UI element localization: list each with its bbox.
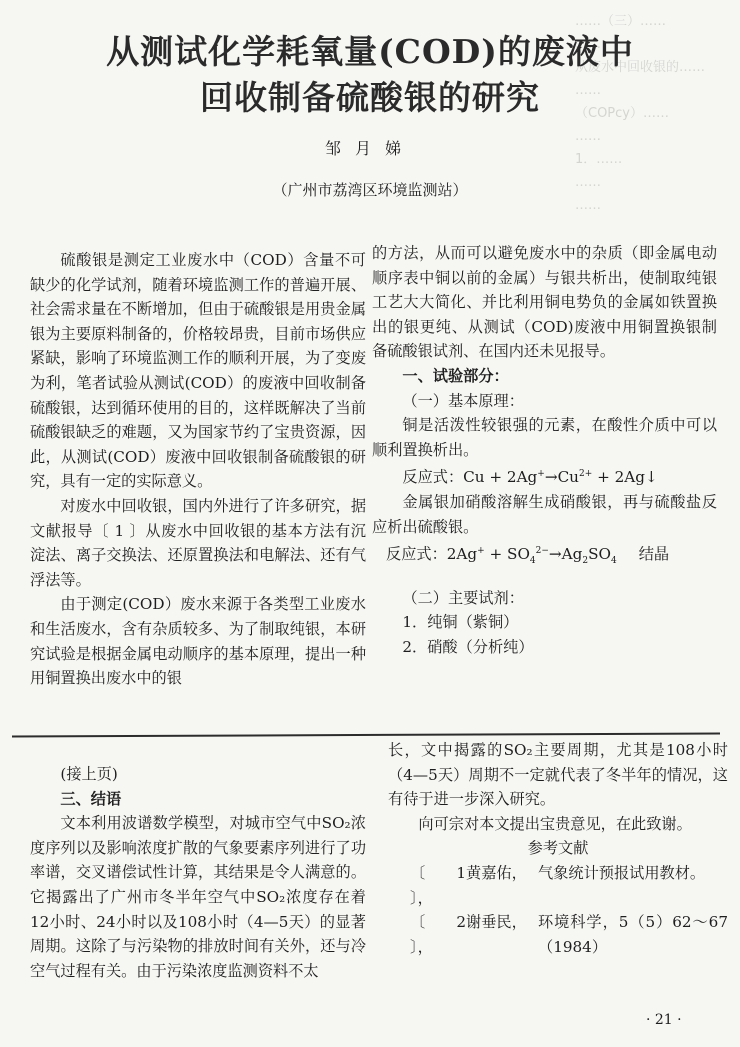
- section-heading-experiment: 一、试验部分：: [372, 364, 717, 389]
- conclusion-paragraph: 文本利用波谱数学模型，对城市空气中SO₂浓度序列以及影响浓度扩散的气象要素序列进…: [30, 811, 366, 983]
- reaction-arrow-icon: →: [545, 468, 558, 486]
- principle-paragraph: 铜是活泼性较银强的元素，在酸性介质中可以顺利置换析出。: [372, 413, 717, 462]
- article-title-line-2: 回收制备硫酸银的研究: [0, 72, 740, 119]
- reference-author: 谢垂民，: [466, 910, 538, 959]
- journal-page: ……（三）…… …… 从废水中回收银的…… …… （COPcy）…… …… 1．…: [0, 0, 740, 1047]
- reference-text: 气象统计预报试用教材。: [538, 861, 728, 910]
- reference-item: 〔 2 〕， 谢垂民， 环境科学，5（5）62～67（1984）: [388, 910, 728, 959]
- equation-term: SO: [588, 545, 611, 563]
- subsection-heading-principle: （一）基本原理：: [372, 389, 717, 414]
- reagent-item: 1．纯铜（紫铜）: [372, 610, 717, 635]
- intro-paragraph: 硫酸银是测定工业废水中（COD）含量不可缺少的化学试剂，随着环境监测工作的普遍开…: [30, 248, 366, 494]
- section-heading-conclusion: 三、结语: [30, 787, 366, 812]
- subscript: 4: [530, 556, 536, 566]
- equation-term: + SO: [485, 545, 530, 563]
- author-affiliation: （广州市荔湾区环境监测站）: [0, 179, 740, 200]
- equation-rhs-tail: + 2Ag↓: [592, 468, 657, 486]
- charge-superscript: 2+: [579, 469, 592, 479]
- equation-label: 反应式：: [386, 545, 447, 563]
- lower-right-column: 长，文中揭露的SO₂主要周期，尤其是108小时（4—5天）周期不一定就代表了冬半…: [388, 738, 728, 959]
- acknowledgement: 向可宗对本文提出宝贵意见，在此致谢。: [388, 812, 728, 837]
- reaction-equation-1: 反应式：Cu + 2Ag+→Cu2+ + 2Ag↓: [372, 462, 717, 490]
- lower-left-column: (接上页) 三、结语 文本利用波谱数学模型，对城市空气中SO₂浓度序列以及影响浓…: [30, 762, 366, 983]
- reference-item: 〔 1 〕， 黄嘉佑， 气象统计预报试用教材。: [388, 861, 728, 910]
- charge-superscript: +: [537, 469, 545, 479]
- methods-review-paragraph: 对废水中回收银，国内外进行了许多研究，据文献报导〔 1 〕从废水中回收银的基本方…: [30, 494, 366, 592]
- equation-term: 2Ag: [447, 545, 477, 563]
- reaction-arrow-icon: →: [549, 545, 562, 563]
- equation-annotation: 结晶: [639, 545, 669, 563]
- reagent-item: 2．硝酸（分析纯）: [372, 635, 717, 660]
- subscript: 4: [611, 556, 617, 566]
- upper-left-column: 硫酸银是测定工业废水中（COD）含量不可缺少的化学试剂，随着环境监测工作的普遍开…: [30, 248, 366, 691]
- section-divider: [12, 732, 720, 737]
- article-title-line-1: 从测试化学耗氧量(COD)的废液中: [0, 26, 740, 73]
- equation-label: 反应式：: [402, 468, 463, 486]
- page-number: · 21 ·: [646, 1012, 682, 1028]
- dissolution-paragraph: 金属银加硝酸溶解生成硝酸银，再与硫酸盐反应析出硫酸银。: [372, 490, 717, 539]
- reference-text: 环境科学，5（5）62～67（1984）: [538, 910, 728, 959]
- reference-number: 〔 2 〕，: [388, 910, 466, 959]
- continued-note: (接上页): [30, 762, 366, 787]
- charge-superscript: 2−: [536, 546, 549, 556]
- subsection-heading-reagents: （二）主要试剂：: [372, 586, 717, 611]
- equation-lhs: Cu + 2Ag: [463, 468, 537, 486]
- conclusion-continuation: 长，文中揭露的SO₂主要周期，尤其是108小时（4—5天）周期不一定就代表了冬半…: [388, 738, 728, 812]
- charge-superscript: +: [477, 546, 485, 556]
- equation-rhs: Cu: [558, 468, 579, 486]
- author-name: 邹月娣: [0, 136, 740, 159]
- references-heading: 参考文献: [388, 836, 728, 861]
- continuation-paragraph: 的方法，从而可以避免废水中的杂质（即金属电动顺序表中铜以前的金属）与银共析出，使…: [372, 241, 717, 364]
- equation-term: Ag: [562, 545, 583, 563]
- reference-number: 〔 1 〕，: [388, 861, 466, 910]
- upper-right-column: 的方法，从而可以避免废水中的杂质（即金属电动顺序表中铜以前的金属）与银共析出，使…: [372, 241, 717, 660]
- reference-author: 黄嘉佑，: [466, 861, 538, 910]
- approach-paragraph: 由于测定(COD）废水来源于各类型工业废水和生活废水，含有杂质较多、为了制取纯银…: [30, 592, 366, 690]
- reaction-equation-2: 反应式：2Ag+ + SO42−→Ag2SO4结晶: [372, 539, 717, 574]
